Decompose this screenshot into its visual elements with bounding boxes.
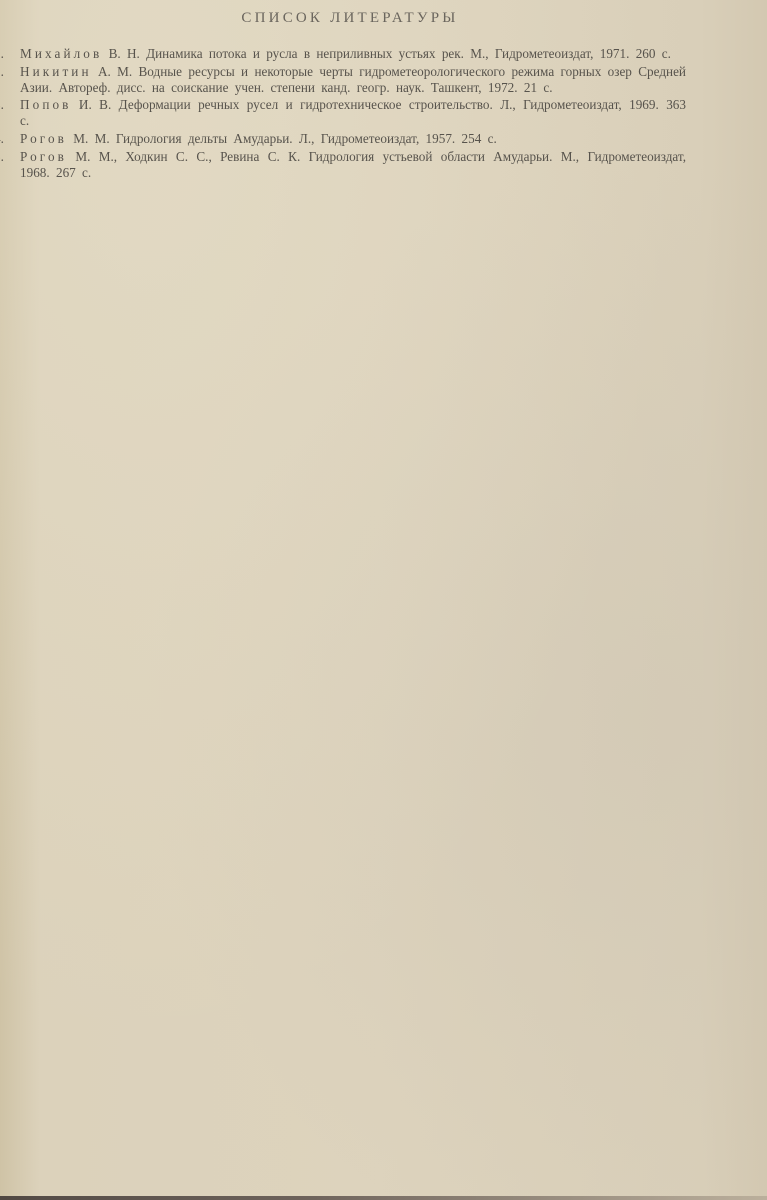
reference-number: 3.	[0, 97, 16, 113]
reference-item: 1. Михайлов В. Н. Динамика потока и русл…	[0, 46, 686, 62]
reference-author: Никитин	[20, 64, 92, 79]
page-title: СПИСОК ЛИТЕРАТУРЫ	[0, 10, 700, 27]
reference-text: В. Н. Динамика потока и русла в неприлив…	[102, 46, 671, 61]
reference-author: Рогов	[20, 131, 67, 146]
reference-author: Попов	[20, 97, 72, 112]
reference-text: А. М. Водные ресурсы и некоторые черты г…	[20, 64, 686, 95]
reference-author: Михайлов	[20, 46, 102, 61]
reference-number: 4.	[0, 131, 16, 147]
reference-text: М. М., Ходкин С. С., Ревина С. К. Гидрол…	[20, 149, 686, 180]
reference-text: И. В. Деформации речных русел и гидротех…	[20, 97, 686, 128]
reference-number: 5.	[0, 149, 16, 165]
reference-item: 4. Рогов М. М. Гидрология дельты Амударь…	[0, 131, 686, 147]
reference-list: 1. Михайлов В. Н. Динамика потока и русл…	[0, 46, 686, 182]
reference-number: 1.	[0, 46, 16, 62]
reference-item: 2. Никитин А. М. Водные ресурсы и некото…	[0, 64, 686, 96]
book-page: СПИСОК ЛИТЕРАТУРЫ 1. Михайлов В. Н. Дина…	[0, 0, 767, 1200]
reference-item: 5. Рогов М. М., Ходкин С. С., Ревина С. …	[0, 149, 686, 181]
reference-text: М. М. Гидрология дельты Амударьи. Л., Ги…	[67, 131, 497, 146]
reference-item: 3. Попов И. В. Деформации речных русел и…	[0, 97, 686, 129]
reference-number: 2.	[0, 64, 16, 80]
page-bottom-edge	[0, 1196, 767, 1200]
reference-author: Рогов	[20, 149, 67, 164]
